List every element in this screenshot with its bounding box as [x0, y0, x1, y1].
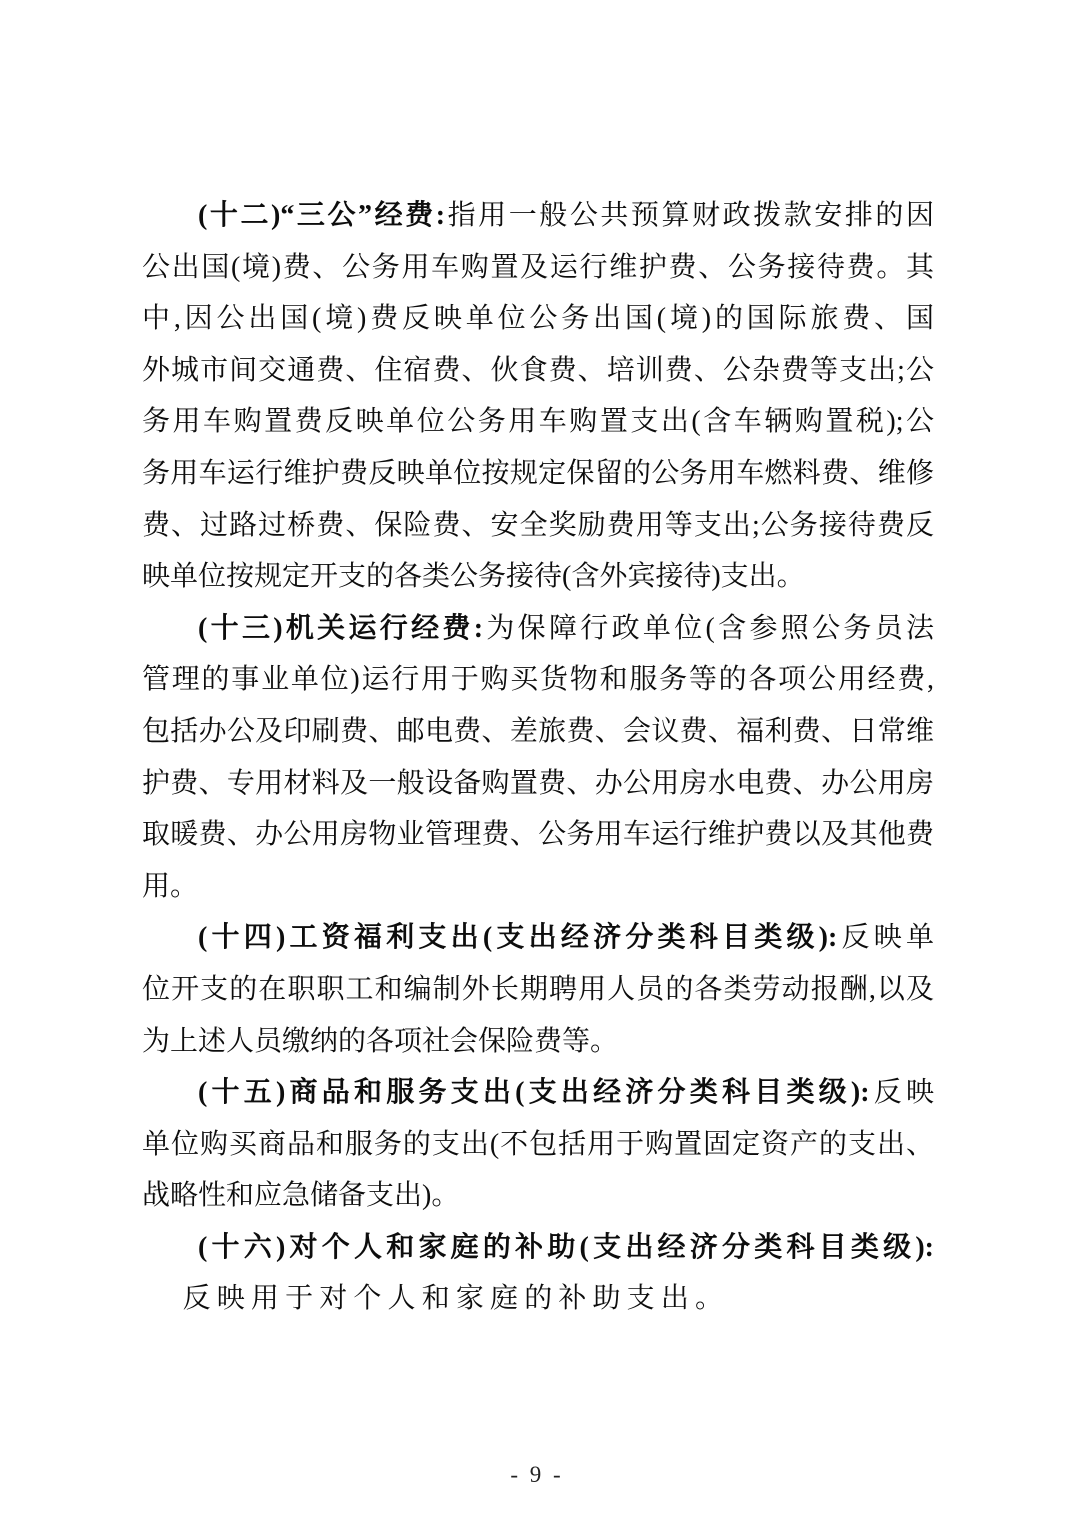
body-text-segment: 中,因公出国(境)费反映单位公务出国(境)的国际旅费、国 — [142, 303, 934, 334]
body-text-segment: 为保障行政单位(含参照公务员法 — [483, 613, 934, 644]
text-line: (十五)商品和服务支出(支出经济分类科目类级):反映 — [142, 1067, 934, 1119]
body-text-segment: 费、过路过桥费、保险费、安全奖励费用等支出;公务接待费反 — [142, 510, 934, 541]
text-line: 费、过路过桥费、保险费、安全奖励费用等支出;公务接待费反 — [142, 500, 934, 552]
term-heading-segment: (十三)机关运行经费: — [198, 613, 483, 644]
text-line: 务用车购置费反映单位公务用车购置支出(含车辆购置税);公 — [142, 396, 934, 448]
body-text-segment: 战略性和应急储备支出)。 — [142, 1180, 459, 1211]
body-text-segment: 为上述人员缴纳的各项社会保险费等。 — [142, 1026, 618, 1057]
text-line: 包括办公及印刷费、邮电费、差旅费、会议费、福利费、日常维 — [142, 706, 934, 758]
paragraph-item-14-wage-welfare-expenditure: (十四)工资福利支出(支出经济分类科目类级):反映单位开支的在职职工和编制外长期… — [142, 912, 934, 1067]
term-heading-segment: (十五)商品和服务支出(支出经济分类科目类级): — [198, 1077, 870, 1108]
paragraph-item-12-sangong-expenses: (十二)“三公”经费:指用一般公共预算财政拨款安排的因公出国(境)费、公务用车购… — [142, 190, 934, 603]
text-line: (十六)对个人和家庭的补助(支出经济分类科目类级): — [142, 1222, 934, 1274]
document-body: (十二)“三公”经费:指用一般公共预算财政拨款安排的因公出国(境)费、公务用车购… — [142, 190, 934, 1325]
term-heading-segment: (十六)对个人和家庭的补助(支出经济分类科目类级): — [198, 1232, 934, 1263]
body-text-segment: 包括办公及印刷费、邮电费、差旅费、会议费、福利费、日常维 — [142, 716, 934, 747]
text-line: 战略性和应急储备支出)。 — [142, 1170, 934, 1222]
body-text-segment: 管理的事业单位)运行用于购买货物和服务等的各项公用经费, — [142, 664, 934, 695]
page-number: - 9 - — [0, 1462, 1074, 1488]
text-line: 为上述人员缴纳的各项社会保险费等。 — [142, 1016, 934, 1068]
text-line: 映单位按规定开支的各类公务接待(含外宾接待)支出。 — [142, 551, 934, 603]
body-text-segment: 位开支的在职职工和编制外长期聘用人员的各类劳动报酬,以及 — [142, 974, 934, 1005]
text-line: 公出国(境)费、公务用车购置及运行维护费、公务接待费。其 — [142, 242, 934, 294]
text-line: 务用车运行维护费反映单位按规定保留的公务用车燃料费、维修 — [142, 448, 934, 500]
term-heading-segment: (十四)工资福利支出(支出经济分类科目类级): — [198, 922, 837, 953]
text-line: 用。 — [142, 861, 934, 913]
body-text-segment: 反映 — [870, 1077, 934, 1108]
body-text-segment: 护费、专用材料及一般设备购置费、办公用房水电费、办公用房 — [142, 768, 934, 799]
body-text-segment: 公出国(境)费、公务用车购置及运行维护费、公务接待费。其 — [142, 252, 934, 283]
paragraph-item-13-agency-operating-funds: (十三)机关运行经费:为保障行政单位(含参照公务员法管理的事业单位)运行用于购买… — [142, 603, 934, 913]
body-text-segment: 取暖费、办公用房物业管理费、公务用车运行维护费以及其他费 — [142, 819, 934, 850]
body-text-segment: 反映用于对个人和家庭的补助支出。 — [183, 1283, 730, 1314]
text-line: (十四)工资福利支出(支出经济分类科目类级):反映单 — [142, 912, 934, 964]
text-line: 护费、专用材料及一般设备购置费、办公用房水电费、办公用房 — [142, 758, 934, 810]
text-line: (十二)“三公”经费:指用一般公共预算财政拨款安排的因 — [142, 190, 934, 242]
text-line: 取暖费、办公用房物业管理费、公务用车运行维护费以及其他费 — [142, 809, 934, 861]
body-text-segment: 务用车购置费反映单位公务用车购置支出(含车辆购置税);公 — [142, 406, 934, 437]
text-line: (十三)机关运行经费:为保障行政单位(含参照公务员法 — [142, 603, 934, 655]
text-line: 位开支的在职职工和编制外长期聘用人员的各类劳动报酬,以及 — [142, 964, 934, 1016]
document-page: (十二)“三公”经费:指用一般公共预算财政拨款安排的因公出国(境)费、公务用车购… — [0, 0, 1074, 1520]
text-line: 外城市间交通费、住宿费、伙食费、培训费、公杂费等支出;公 — [142, 345, 934, 397]
body-text-segment: 单位购买商品和服务的支出(不包括用于购置固定资产的支出、 — [142, 1129, 934, 1160]
body-text-segment: 务用车运行维护费反映单位按规定保留的公务用车燃料费、维修 — [142, 458, 934, 489]
text-line: 反映用于对个人和家庭的补助支出。 — [142, 1273, 934, 1325]
text-line: 中,因公出国(境)费反映单位公务出国(境)的国际旅费、国 — [142, 293, 934, 345]
body-text-segment: 外城市间交通费、住宿费、伙食费、培训费、公杂费等支出;公 — [142, 355, 934, 386]
body-text-segment: 用。 — [142, 871, 198, 902]
paragraph-item-16-subsidies-individuals-families: (十六)对个人和家庭的补助(支出经济分类科目类级):反映用于对个人和家庭的补助支… — [142, 1222, 934, 1325]
body-text-segment: 反映单 — [837, 922, 934, 953]
body-text-segment: 指用一般公共预算财政拨款安排的因 — [445, 200, 934, 231]
text-line: 管理的事业单位)运行用于购买货物和服务等的各项公用经费, — [142, 654, 934, 706]
text-line: 单位购买商品和服务的支出(不包括用于购置固定资产的支出、 — [142, 1119, 934, 1171]
body-text-segment: 映单位按规定开支的各类公务接待(含外宾接待)支出。 — [142, 561, 805, 592]
paragraph-item-15-goods-services-expenditure: (十五)商品和服务支出(支出经济分类科目类级):反映单位购买商品和服务的支出(不… — [142, 1067, 934, 1222]
term-heading-segment: (十二)“三公”经费: — [198, 200, 445, 231]
